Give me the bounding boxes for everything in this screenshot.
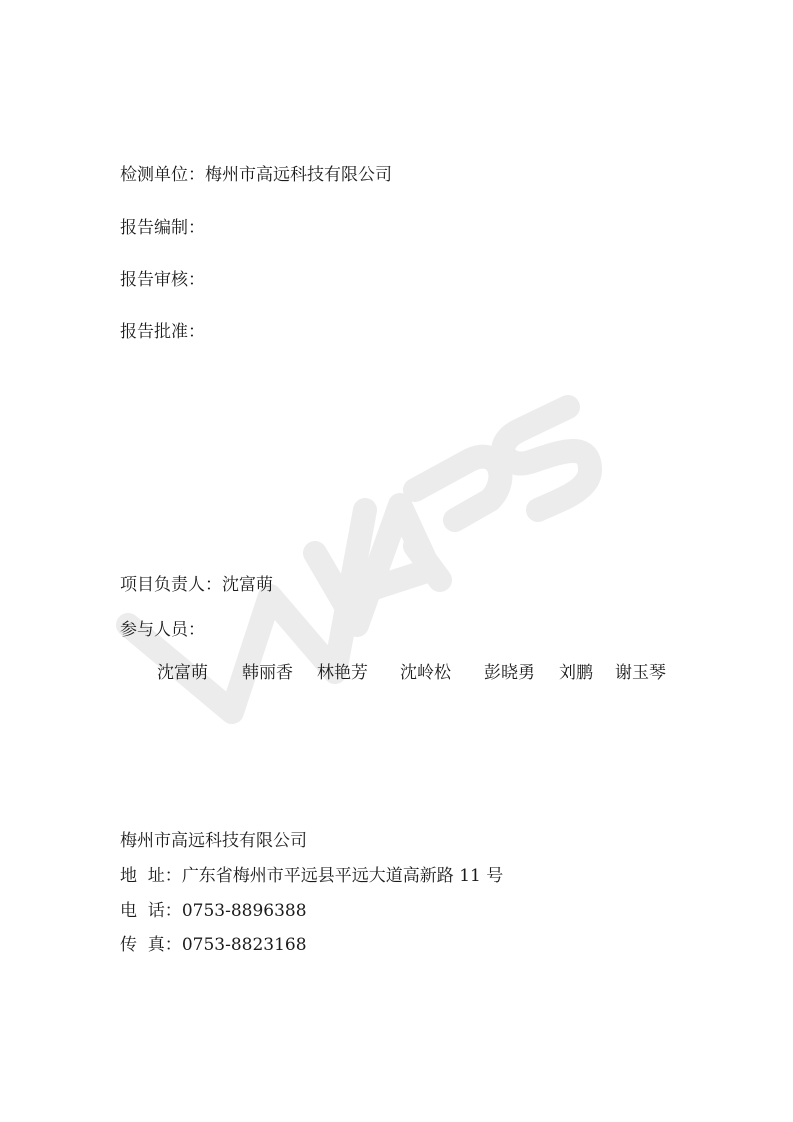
- testing-unit-label: 检测单位：: [120, 165, 205, 185]
- address-value: 广东省梅州市平远县平远大道高新路 11 号: [182, 866, 503, 886]
- phone-value: 0753-8896388: [182, 901, 307, 921]
- address-label: 地 址：: [120, 866, 182, 886]
- fax-value: 0753-8823168: [182, 935, 307, 955]
- participant-name: 沈岭松: [400, 663, 451, 683]
- participant-name: 彭晓勇: [484, 663, 535, 683]
- testing-unit-value: 梅州市高远科技有限公司: [205, 165, 392, 185]
- participant-name: 林艳芳: [317, 663, 368, 683]
- project-leader-label: 项目负责人：: [120, 575, 222, 595]
- wps-watermark-icon: [0, 0, 793, 1122]
- participants-label-line: 参与人员：: [120, 620, 205, 640]
- report-compiled-label: 报告编制：: [120, 218, 205, 238]
- participants-label: 参与人员：: [120, 620, 205, 640]
- participant-name: 韩丽香: [242, 663, 293, 683]
- company-fax-line: 传 真：0753-8823168: [120, 935, 307, 955]
- testing-unit-line: 检测单位：梅州市高远科技有限公司: [120, 165, 392, 185]
- fax-label: 传 真：: [120, 935, 182, 955]
- report-approved-line: 报告批准：: [120, 322, 205, 342]
- phone-label: 电 话：: [120, 901, 182, 921]
- report-reviewed-label: 报告审核：: [120, 270, 205, 290]
- report-reviewed-line: 报告审核：: [120, 270, 205, 290]
- company-name: 梅州市高远科技有限公司: [120, 831, 307, 851]
- participant-name: 刘鹏: [559, 663, 593, 683]
- project-leader-line: 项目负责人：沈富萌: [120, 575, 273, 595]
- company-name-line: 梅州市高远科技有限公司: [120, 831, 307, 851]
- company-phone-line: 电 话：0753-8896388: [120, 901, 307, 921]
- report-compiled-line: 报告编制：: [120, 218, 205, 238]
- company-address-line: 地 址：广东省梅州市平远县平远大道高新路 11 号: [120, 866, 503, 886]
- participant-name: 沈富萌: [157, 663, 208, 683]
- report-approved-label: 报告批准：: [120, 322, 205, 342]
- project-leader-value: 沈富萌: [222, 575, 273, 595]
- participant-name: 谢玉琴: [615, 663, 666, 683]
